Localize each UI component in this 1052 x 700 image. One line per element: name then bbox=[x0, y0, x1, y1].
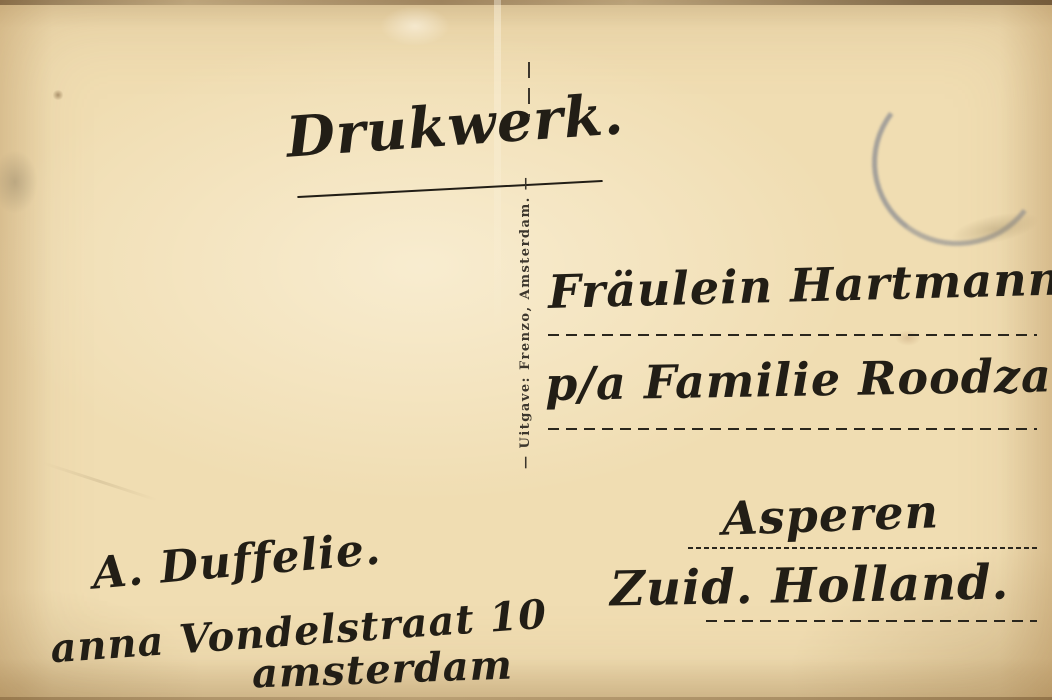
postcard-back: Drukwerk. — Uitgave: Frenzo, Amsterdam. … bbox=[0, 0, 1052, 700]
paper-top-edge bbox=[0, 0, 1052, 5]
address-rule-1 bbox=[548, 334, 1037, 336]
address-rule-4 bbox=[706, 620, 1037, 622]
address-recipient-line: Fräulein Hartmann. bbox=[547, 255, 1052, 315]
address-rule-2 bbox=[548, 428, 1037, 430]
address-rule-3 bbox=[688, 547, 1037, 549]
faint-stain bbox=[895, 330, 921, 346]
postage-note-handwriting: Drukwerk. bbox=[284, 86, 625, 165]
address-town-line: Asperen bbox=[721, 488, 939, 542]
light-wear-patch bbox=[380, 6, 450, 46]
publisher-imprint: — Uitgave: Frenzo, Amsterdam. — bbox=[518, 189, 540, 469]
postage-note-underline bbox=[297, 180, 603, 198]
paper-crease-small bbox=[42, 462, 157, 502]
sender-city-line: amsterdam bbox=[251, 645, 513, 694]
paper-crease bbox=[494, 0, 501, 340]
sender-name-line: A. Duffelie. bbox=[91, 527, 383, 596]
address-province-line: Zuid. Holland. bbox=[610, 559, 1010, 614]
foxing-spot bbox=[52, 90, 64, 100]
divider-dashed-rule bbox=[528, 62, 530, 117]
address-care-of-line: p/a Familie Roodzand. bbox=[545, 351, 1052, 407]
smudge-left-edge bbox=[0, 150, 38, 214]
